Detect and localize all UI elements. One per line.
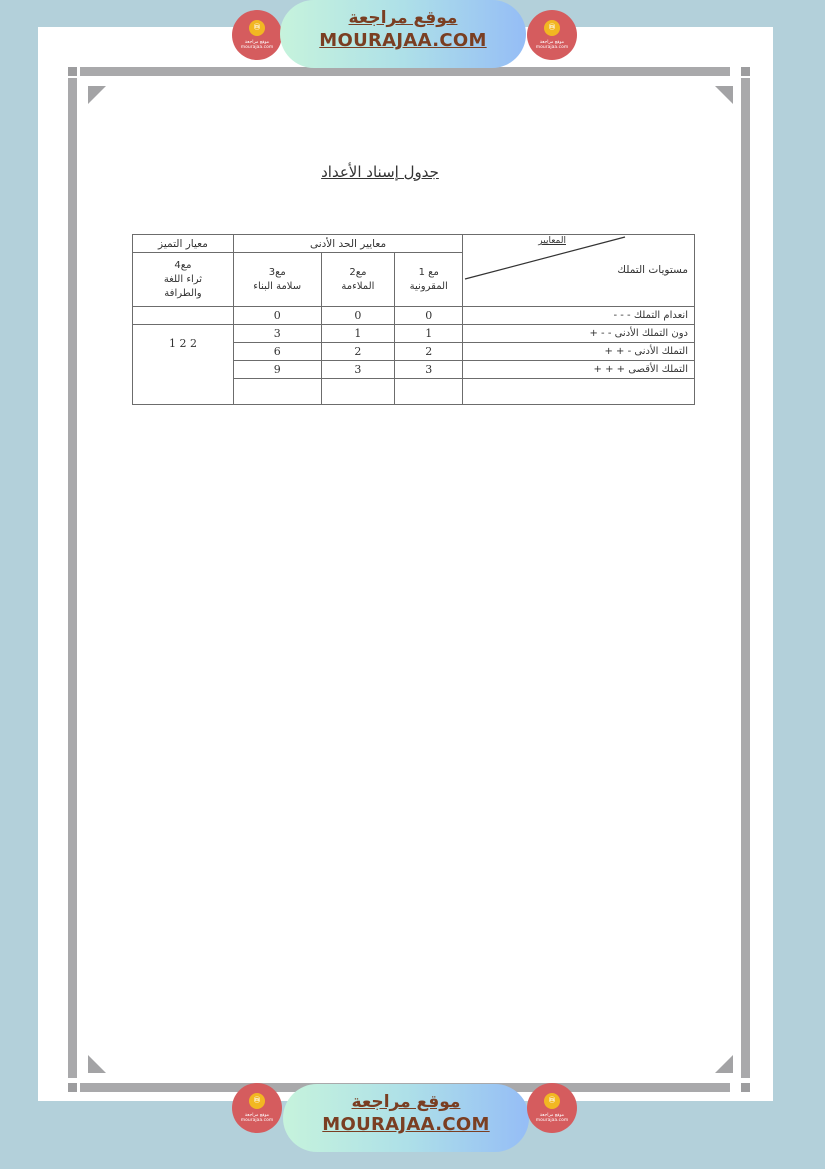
criterion-2-header: مع2 الملاءمة [321, 253, 395, 307]
logo-badge-right-top[interactable]: ⓜ موقع مراجعةmourajaa.com [527, 10, 577, 60]
levels-header: مستويات التملك [617, 264, 688, 276]
excellence-criteria-header: معيار التميز [133, 235, 234, 253]
mourajaa-logo-icon: ⓜ [249, 20, 265, 36]
document-page [38, 27, 773, 1101]
grading-table: المعايير مستويات التملك معايير الحد الأد… [132, 234, 695, 405]
logo-badge-left-top[interactable]: ⓜ موقع مراجعةmourajaa.com [232, 10, 282, 60]
logo-badge-right-bottom[interactable]: ⓜ موقع مراجعةmourajaa.com [527, 1083, 577, 1133]
logo-badge-left-bottom[interactable]: ⓜ موقع مراجعةmourajaa.com [232, 1083, 282, 1133]
site-banner-bottom[interactable]: موقع مراجعة MOURAJAA.COM [283, 1084, 529, 1152]
banner-arabic-label[interactable]: موقع مراجعة [280, 8, 526, 28]
mourajaa-logo-icon: ⓜ [249, 1093, 265, 1109]
criterion-1-header: مع 1 المقرونية [395, 253, 463, 307]
criterion-3-header: مع3 سلامة البناء [233, 253, 321, 307]
excellence-values-cell: 1 2 2 [133, 325, 234, 405]
banner-latin-label[interactable]: MOURAJAA.COM [283, 1114, 529, 1135]
minimum-criteria-header: معايير الحد الأدنى [233, 235, 462, 253]
banner-latin-label[interactable]: MOURAJAA.COM [280, 30, 526, 51]
criteria-header: المعايير [538, 236, 566, 246]
mourajaa-logo-icon: ⓜ [544, 1093, 560, 1109]
site-banner-top[interactable]: موقع مراجعة MOURAJAA.COM [280, 0, 526, 68]
table-row: انعدام التملك - - - 0 0 0 [133, 307, 695, 325]
document-title: جدول إسناد الأعداد [300, 163, 460, 181]
corner-header-cell: المعايير مستويات التملك [463, 235, 695, 307]
banner-arabic-label[interactable]: موقع مراجعة [283, 1092, 529, 1112]
table-row: دون التملك الأدنى - - + 1 1 3 1 2 2 [133, 325, 695, 343]
criterion-4-header: مع4 ثراء اللغة والطرافة [133, 253, 234, 307]
mourajaa-logo-icon: ⓜ [544, 20, 560, 36]
